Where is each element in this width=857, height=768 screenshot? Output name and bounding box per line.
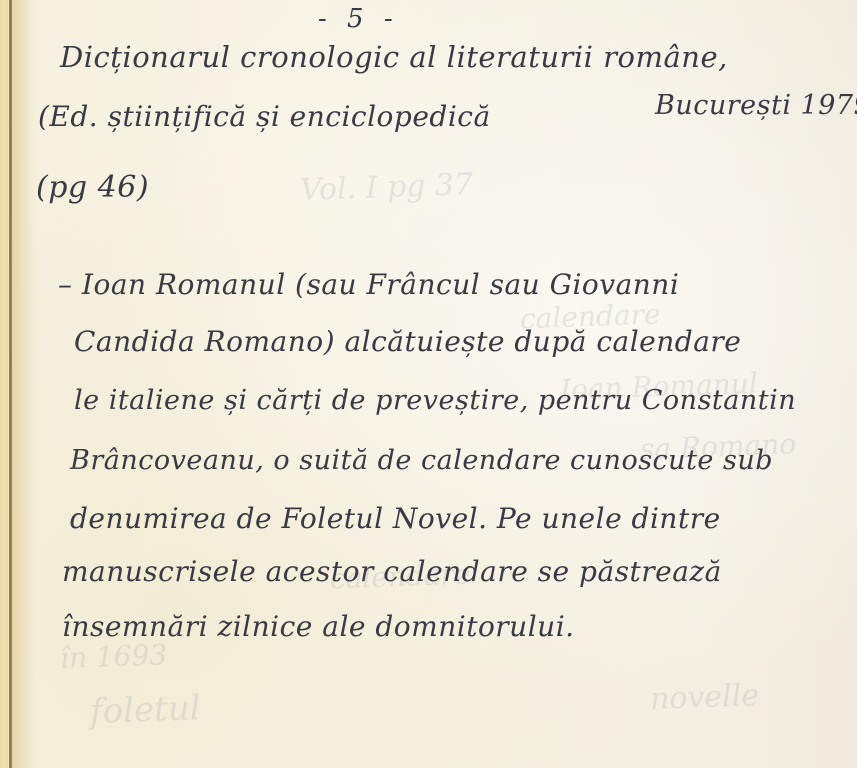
entry-line: însemnări zilnice ale domnitorului. bbox=[62, 610, 575, 643]
entry-line: – Ioan Romanul (sau Frâncul sau Giovanni bbox=[58, 268, 679, 301]
reference-title-line: Dicționarul cronologic al literaturii ro… bbox=[60, 40, 728, 74]
entry-line: le italiene și cărți de preveștire, pent… bbox=[74, 385, 796, 416]
entry-line: Candida Romano) alcătuiește după calenda… bbox=[74, 325, 741, 358]
reference-publisher-line: (Ed. științifică și enciclopedică bbox=[38, 100, 491, 133]
reference-city-year: București 1979 bbox=[655, 90, 857, 121]
reference-page: (pg 46) bbox=[36, 170, 149, 205]
notebook-page: Vol. I pg 37 calendare Ioan Romanul sa R… bbox=[0, 0, 857, 768]
entry-line: Brâncoveanu, o suită de calendare cunosc… bbox=[70, 445, 773, 476]
bleed-through-text: Vol. I pg 37 bbox=[299, 167, 473, 208]
entry-line: manuscrisele acestor calendare se păstre… bbox=[62, 555, 722, 588]
bleed-through-text: novelle bbox=[649, 678, 759, 717]
page-binding-edge bbox=[0, 0, 8, 768]
binding-shadow bbox=[12, 0, 34, 768]
entry-line: denumirea de Foletul Novel. Pe unele din… bbox=[70, 502, 721, 535]
page-number: - 5 - bbox=[318, 4, 399, 34]
bleed-through-text: foletul bbox=[89, 688, 201, 732]
bleed-through-text: în 1693 bbox=[59, 638, 167, 675]
